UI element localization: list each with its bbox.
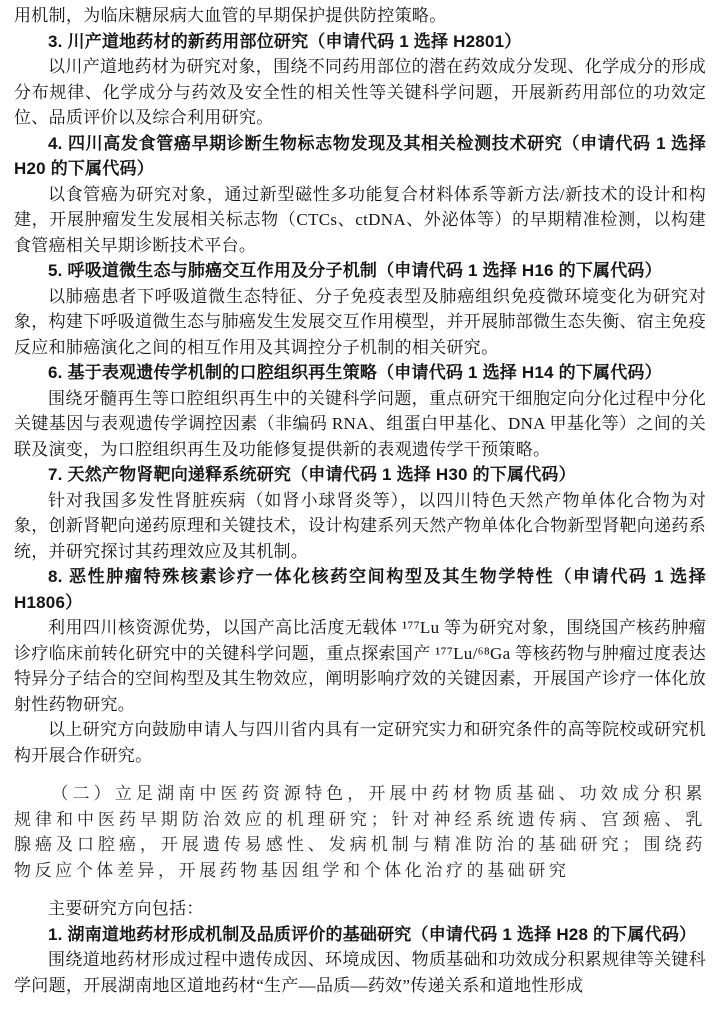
cooperation-note: 以上研究方向鼓励申请人与四川省内具有一定研究实力和研究条件的高等院校或研究机构开… <box>14 717 706 768</box>
page-top-continuation-line: 用机制，为临床糖尿病大血管的早期保护提供防控策略。 <box>14 3 706 29</box>
section-5-body: 以肺癌患者下呼吸道微生态特征、分子免疫表型及肺癌组织免疫微环境变化为研究对象，构… <box>14 284 706 361</box>
section-7-heading: 7. 天然产物肾靶向递释系统研究（申请代码 1 选择 H30 的下属代码） <box>14 462 706 488</box>
main-directions-label: 主要研究方向包括： <box>14 896 706 922</box>
document-body: 用机制，为临床糖尿病大血管的早期保护提供防控策略。3. 川产道地药材的新药用部位… <box>14 3 706 998</box>
section-7-body: 针对我国多发性肾脏疾病（如肾小球肾炎等），以四川特色天然产物单体化合物为对象，创… <box>14 488 706 565</box>
part-two-intro: （二）立足湖南中医药资源特色，开展中药材物质基础、功效成分积累规律和中医药早期防… <box>14 781 706 883</box>
section-6-body: 围绕牙髓再生等口腔组织再生中的关键科学问题，重点研究干细胞定向分化过程中分化关键… <box>14 386 706 463</box>
section-8-heading: 8. 恶性肿瘤特殊核素诊疗一体化核药空间构型及其生物学特性（申请代码 1 选择 … <box>14 564 706 615</box>
section-3-body: 以川产道地药材为研究对象，围绕不同药用部位的潜在药效成分发现、化学成分的形成分布… <box>14 54 706 131</box>
hunan-section-1-heading: 1. 湖南道地药材形成机制及品质评价的基础研究（申请代码 1 选择 H28 的下… <box>14 922 706 948</box>
section-5-heading: 5. 呼吸道微生态与肺癌交互作用及分子机制（申请代码 1 选择 H16 的下属代… <box>14 258 706 284</box>
document-page: 用机制，为临床糖尿病大血管的早期保护提供防控策略。3. 川产道地药材的新药用部位… <box>0 0 720 1036</box>
section-4-body: 以食管癌为研究对象，通过新型磁性多功能复合材料体系等新方法/新技术的设计和构建，… <box>14 182 706 259</box>
hunan-section-1-body: 围绕道地药材形成过程中遗传成因、环境成因、物质基础和功效成分积累规律等关键科学问… <box>14 947 706 998</box>
section-8-body: 利用四川核资源优势，以国产高比活度无载体 ¹⁷⁷Lu 等为研究对象，围绕国产核药… <box>14 615 706 717</box>
section-3-heading: 3. 川产道地药材的新药用部位研究（申请代码 1 选择 H2801） <box>14 29 706 55</box>
section-6-heading: 6. 基于表观遗传学机制的口腔组织再生策略（申请代码 1 选择 H14 的下属代… <box>14 360 706 386</box>
section-4-heading: 4. 四川高发食管癌早期诊断生物标志物发现及其相关检测技术研究（申请代码 1 选… <box>14 131 706 182</box>
